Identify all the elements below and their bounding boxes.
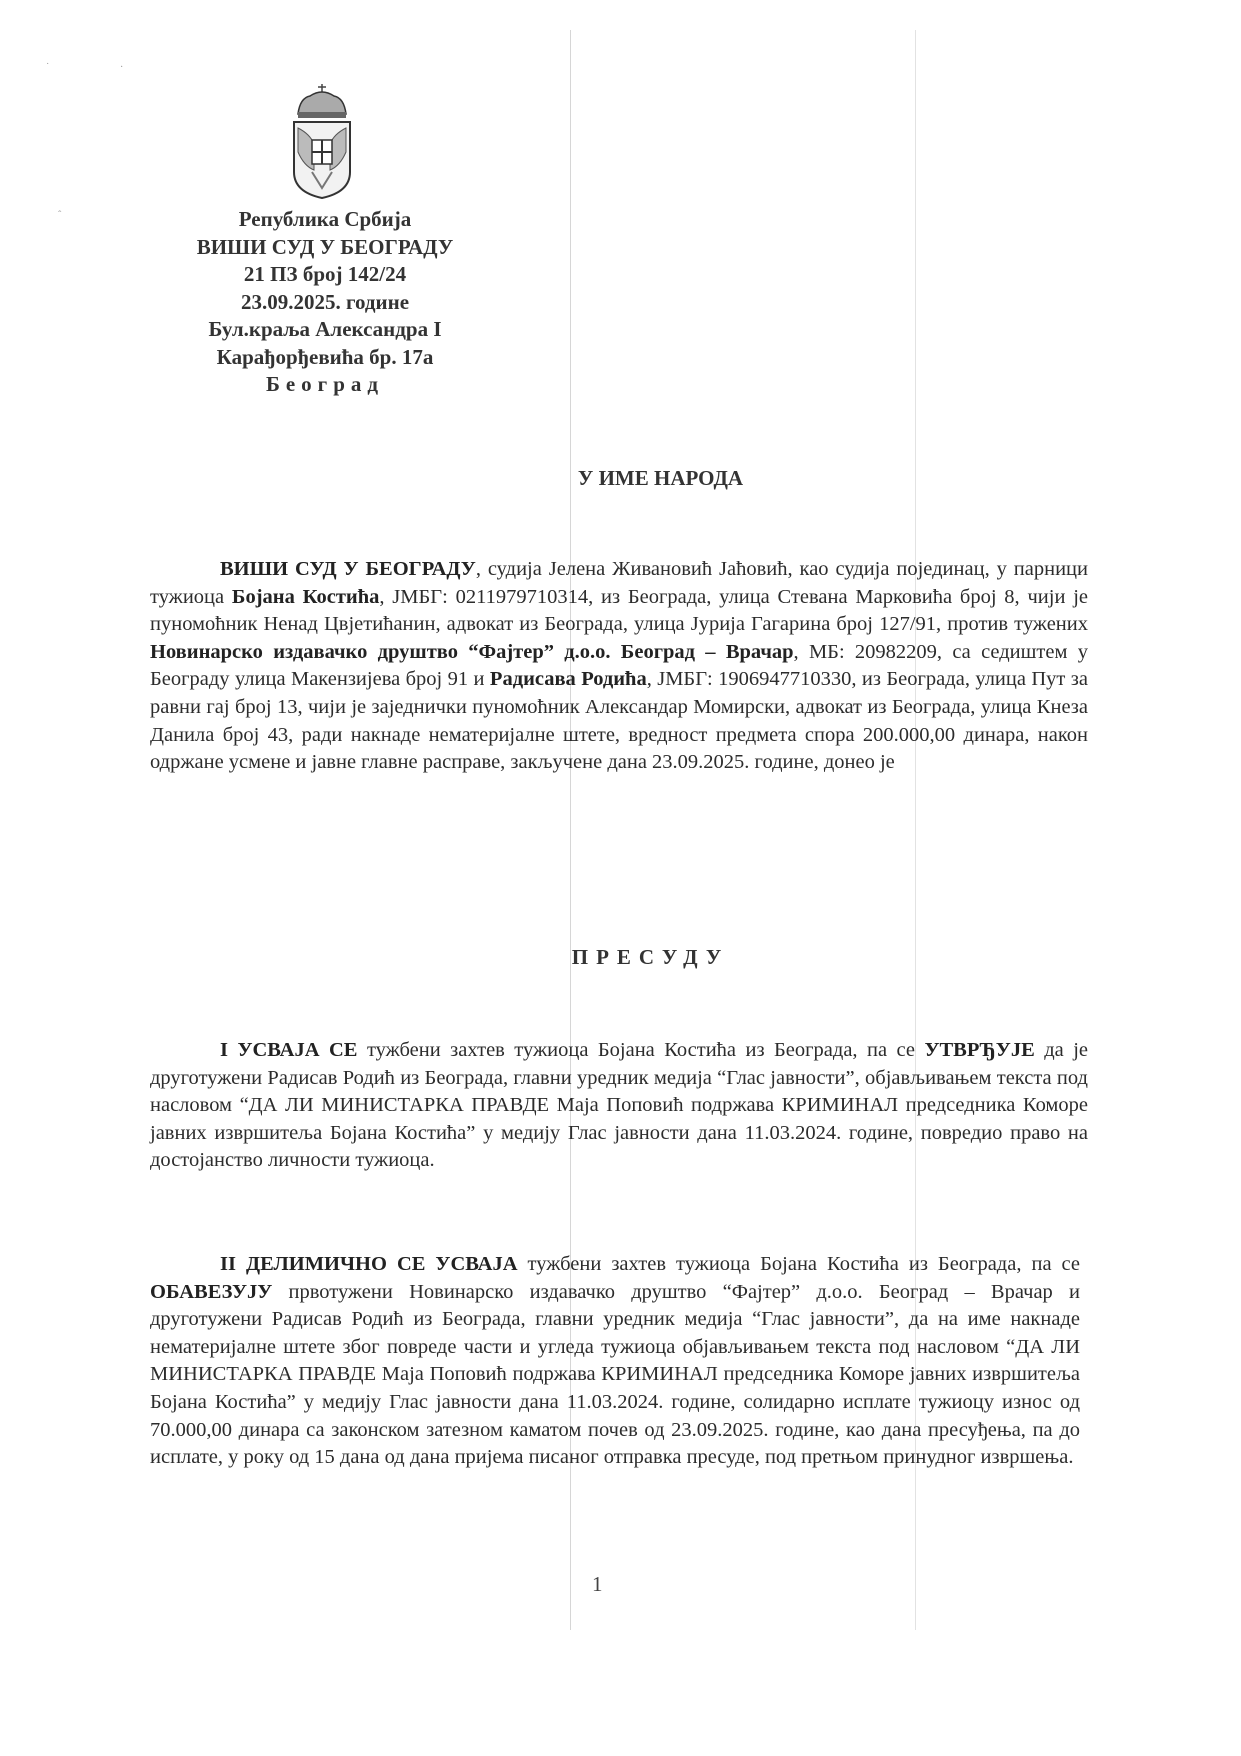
verdict-point-1: I УСВАЈА СЕ тужбени захтев тужиоца Бојан… [150, 1037, 1088, 1175]
heading-in-the-name-of-the-people: У ИМЕ НАРОДА [40, 466, 1241, 491]
header-court: ВИШИ СУД У БЕОГРАДУ [155, 234, 495, 262]
header-case-number: 21 ПЗ број 142/24 [155, 261, 495, 289]
header-country: Република Србија [155, 206, 495, 234]
scan-speck: ˙ [46, 62, 49, 73]
verdict-point-2: II ДЕЛИМИЧНО СЕ УСВАЈА тужбени захтев ту… [150, 1251, 1080, 1472]
header-date: 23.09.2025. године [155, 289, 495, 317]
scan-speck: · [120, 62, 123, 73]
heading-verdict: ПРЕСУДУ [30, 945, 1241, 970]
header-address-1: Бул.краља Александра I [155, 316, 495, 344]
header-address-2: Карађорђевића бр. 17а [155, 344, 495, 372]
intro-paragraph: ВИШИ СУД У БЕОГРАДУ, судија Јелена Живан… [150, 556, 1088, 777]
point-2-verb: ОБАВЕЗУЈУ [150, 1281, 272, 1303]
header-city: Београд [155, 371, 495, 399]
point-1-verb: УТВРЂУЈЕ [924, 1039, 1034, 1061]
plaintiff-name: Бојана Костића [232, 586, 379, 608]
court-name: ВИШИ СУД У БЕОГРАДУ [220, 558, 476, 580]
court-header: Република Србија ВИШИ СУД У БЕОГРАДУ 21 … [155, 206, 495, 399]
page-number: 1 [592, 1572, 603, 1597]
serbian-coat-of-arms-icon [290, 82, 354, 202]
scan-speck: ˆ [58, 210, 61, 221]
defendant-2-name: Радисава Родића [490, 668, 647, 690]
defendant-1-name: Новинарско издавачко друштво “Фајтер” д.… [150, 641, 794, 663]
point-2-lead: II ДЕЛИМИЧНО СЕ УСВАЈА [220, 1253, 518, 1275]
point-1-lead: I УСВАЈА СЕ [220, 1039, 357, 1061]
